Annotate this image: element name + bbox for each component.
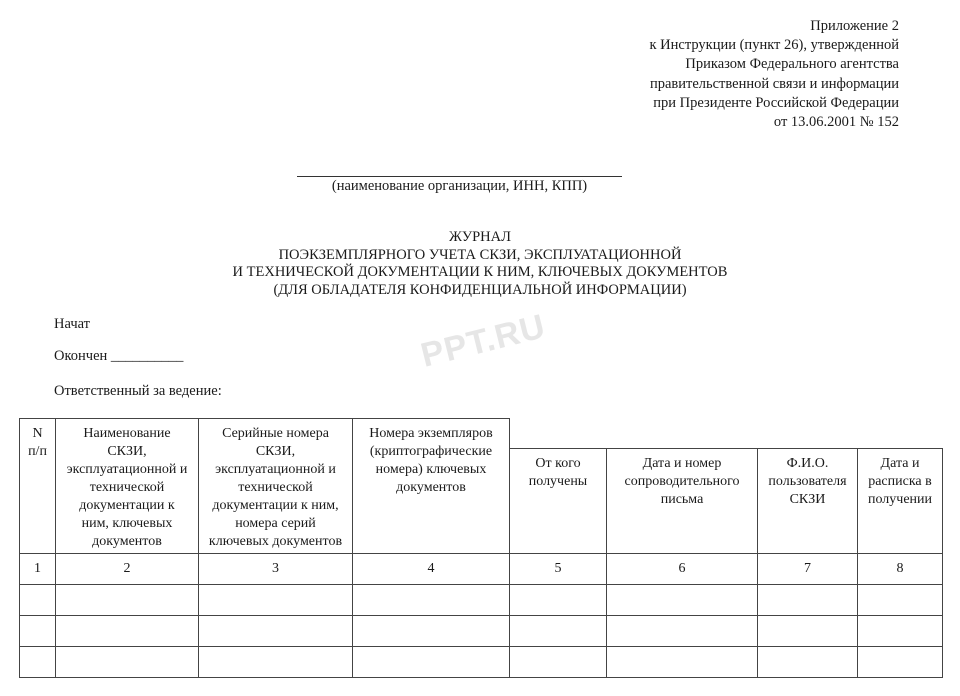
table-cell-empty[interactable] xyxy=(757,584,858,616)
organization-caption: (наименование организации, ИНН, КПП) xyxy=(297,178,622,195)
table-cell-empty[interactable] xyxy=(352,646,510,678)
table-cell-empty[interactable] xyxy=(509,646,607,678)
table-cell-empty[interactable] xyxy=(757,615,858,647)
cell-text-line: (криптографические xyxy=(353,443,509,461)
cell-text-line: пользователя xyxy=(758,473,857,491)
table-cell-empty[interactable] xyxy=(198,615,353,647)
table-cell-empty[interactable] xyxy=(857,615,943,647)
cell-text-line: 2 xyxy=(56,560,198,578)
cell-text-line: документации к ним, xyxy=(199,497,352,515)
column-header: Дата ирасписка вполучении xyxy=(857,448,943,554)
table-cell-empty[interactable] xyxy=(352,615,510,647)
table-cell-empty[interactable] xyxy=(19,646,56,678)
title-line: И ТЕХНИЧЕСКОЙ ДОКУМЕНТАЦИИ К НИМ, КЛЮЧЕВ… xyxy=(120,264,840,282)
cell-text-line: документов xyxy=(353,479,509,497)
cell-text-line: письма xyxy=(607,491,757,509)
cell-text-line: Дата и xyxy=(858,455,942,473)
title-line: ЖУРНАЛ xyxy=(120,229,840,247)
cell-text-line: номера серий xyxy=(199,515,352,533)
cell-text-line: Дата и номер xyxy=(607,455,757,473)
column-number: 6 xyxy=(606,553,758,585)
table-cell-empty[interactable] xyxy=(857,584,943,616)
title-line: ПОЭКЗЕМПЛЯРНОГО УЧЕТА СКЗИ, ЭКСПЛУАТАЦИО… xyxy=(120,247,840,265)
column-number: 4 xyxy=(352,553,510,585)
cell-text-line: СКЗИ xyxy=(758,491,857,509)
column-number: 3 xyxy=(198,553,353,585)
cell-text-line: Наименование xyxy=(56,425,198,443)
column-header: Серийные номераСКЗИ,эксплуатационной ите… xyxy=(198,418,353,554)
column-number: 5 xyxy=(509,553,607,585)
cell-text-line: Ф.И.О. xyxy=(758,455,857,473)
cell-text-line: СКЗИ, xyxy=(56,443,198,461)
cell-text-line: СКЗИ, xyxy=(199,443,352,461)
cell-text-line: 8 xyxy=(858,560,942,578)
table-cell-empty[interactable] xyxy=(352,584,510,616)
column-number: 8 xyxy=(857,553,943,585)
table-cell-empty[interactable] xyxy=(19,584,56,616)
title-line: (ДЛЯ ОБЛАДАТЕЛЯ КОНФИДЕНЦИАЛЬНОЙ ИНФОРМА… xyxy=(120,282,840,300)
column-header: Номера экземпляров(криптографическиеноме… xyxy=(352,418,510,554)
cell-text-line: эксплуатационной и xyxy=(56,461,198,479)
column-number: 1 xyxy=(19,553,56,585)
cell-text-line: расписка в xyxy=(858,473,942,491)
responsible-field: Ответственный за ведение: xyxy=(54,383,222,400)
cell-text-line: ключевых документов xyxy=(199,533,352,551)
cell-text-line: документов xyxy=(56,533,198,551)
cell-text-line: Номера экземпляров xyxy=(353,425,509,443)
cell-text-line: технической xyxy=(56,479,198,497)
table-cell-empty[interactable] xyxy=(509,584,607,616)
appendix-line: от 13.06.2001 № 152 xyxy=(650,113,900,132)
table-cell-empty[interactable] xyxy=(606,584,758,616)
table-cell-empty[interactable] xyxy=(606,615,758,647)
table-cell-empty[interactable] xyxy=(19,615,56,647)
table-cell-empty[interactable] xyxy=(757,646,858,678)
cell-text-line: N xyxy=(20,425,55,443)
table-cell-empty[interactable] xyxy=(509,615,607,647)
cell-text-line: От кого xyxy=(510,455,606,473)
cell-text-line: 1 xyxy=(20,560,55,578)
appendix-line: Приказом Федерального агентства xyxy=(650,55,900,74)
appendix-block: Приложение 2 к Инструкции (пункт 26), ут… xyxy=(650,17,900,132)
table-cell-empty[interactable] xyxy=(198,646,353,678)
cell-text-line: Серийные номера xyxy=(199,425,352,443)
column-header: НаименованиеСКЗИ,эксплуатационной итехни… xyxy=(55,418,199,554)
watermark: PPT.RU xyxy=(417,307,550,376)
started-field: Начат xyxy=(54,316,90,333)
appendix-line: Приложение 2 xyxy=(650,17,900,36)
organization-blank-line xyxy=(297,176,622,177)
cell-text-line: ним, ключевых xyxy=(56,515,198,533)
cell-text-line: эксплуатационной и xyxy=(199,461,352,479)
table-cell-empty[interactable] xyxy=(857,646,943,678)
table-cell-empty[interactable] xyxy=(198,584,353,616)
column-number: 7 xyxy=(757,553,858,585)
cell-text-line: 4 xyxy=(353,560,509,578)
table-cell-empty[interactable] xyxy=(55,584,199,616)
column-header: Nп/п xyxy=(19,418,56,554)
column-number: 2 xyxy=(55,553,199,585)
finished-field: Окончен __________ xyxy=(54,348,183,365)
document-title: ЖУРНАЛ ПОЭКЗЕМПЛЯРНОГО УЧЕТА СКЗИ, ЭКСПЛ… xyxy=(120,229,840,299)
appendix-line: к Инструкции (пункт 26), утвержденной xyxy=(650,36,900,55)
cell-text-line: 5 xyxy=(510,560,606,578)
column-header: Ф.И.О.пользователяСКЗИ xyxy=(757,448,858,554)
cell-text-line: номера) ключевых xyxy=(353,461,509,479)
cell-text-line: сопроводительного xyxy=(607,473,757,491)
table-cell-empty[interactable] xyxy=(55,615,199,647)
cell-text-line: п/п xyxy=(20,443,55,461)
column-header: Дата и номерсопроводительногописьма xyxy=(606,448,758,554)
appendix-line: при Президенте Российской Федерации xyxy=(650,94,900,113)
table-cell-empty[interactable] xyxy=(55,646,199,678)
cell-text-line: 6 xyxy=(607,560,757,578)
column-header: От когополучены xyxy=(509,448,607,554)
table-cell-empty[interactable] xyxy=(606,646,758,678)
cell-text-line: технической xyxy=(199,479,352,497)
cell-text-line: получены xyxy=(510,473,606,491)
cell-text-line: 3 xyxy=(199,560,352,578)
appendix-line: правительственной связи и информации xyxy=(650,75,900,94)
cell-text-line: документации к xyxy=(56,497,198,515)
cell-text-line: 7 xyxy=(758,560,857,578)
cell-text-line: получении xyxy=(858,491,942,509)
